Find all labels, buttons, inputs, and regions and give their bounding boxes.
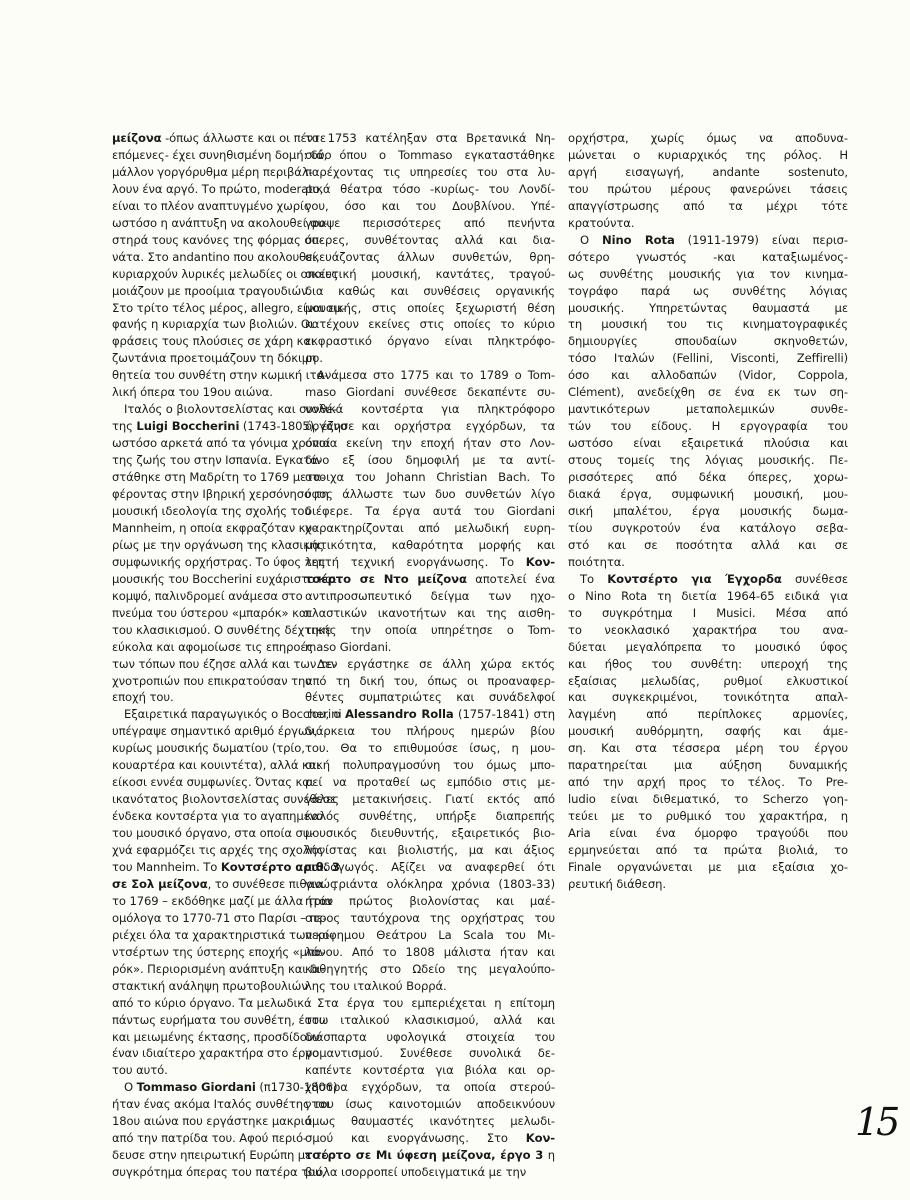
text-line: το 1753 κατέληξαν στα Βρετανικά Νη-: [305, 130, 555, 147]
text-line: σική μπαλέτου, έργα μουσικής δωμα-: [568, 503, 848, 520]
text-line: Ο Nino Rota (1911-1979) είναι περισ-: [568, 232, 848, 249]
text-run: γραψε περισσότερες από πενήντα: [305, 216, 555, 230]
text-line: από την πατρίδα του. Αφού περιό-: [112, 1130, 298, 1147]
bold-text: Nino Rota: [602, 233, 675, 247]
text-run: στηρά τους κανόνες της φόρμας σο-: [112, 233, 323, 247]
text-line: ως συνθέτης μουσικής για τον κινημα-: [568, 266, 848, 283]
text-run: 18ου αιώνα που εργάστηκε μακριά: [112, 1114, 312, 1128]
text-run: ποιότητα.: [568, 555, 625, 569]
text-run: Clément), ανεδείχθη σε ένα εκ των ση-: [568, 385, 848, 399]
text-line: λουν ένα αργό. Το πρώτο, moderato,: [112, 181, 298, 198]
text-run: το συγκρότημα I Musici. Μέσα από: [568, 606, 848, 620]
text-line: λεπτή τεχνική ενοργάνωσης. Το Κον-: [305, 554, 555, 571]
text-run: -όπως άλλωστε και οι πέντε: [161, 131, 326, 145]
text-line: μώνεται ο κυριαρχικός της ρόλος. Η: [568, 147, 848, 164]
text-line: λης του ιταλικού Βορρά.: [305, 978, 555, 995]
text-run: τη μουσική του τις κινηματογραφικές: [568, 317, 848, 331]
text-line: ρομαντισμού. Συνέθεσε συνολικά δε-: [305, 1045, 555, 1062]
text-line: του Mannheim. Το Κοντσέρτο αριθ. 3: [112, 859, 298, 876]
text-line: ικανότατος βιολοντσελίστας συνέθεσε: [112, 791, 298, 808]
text-line: τεύει με το ρυθμικό του χαρακτήρα, η: [568, 808, 848, 825]
paragraph: Ο Nino Rota (1911-1979) είναι περισ-σότε…: [568, 232, 848, 571]
text-line: είκοσι εννέα συμφωνίες. Όντας και: [112, 774, 298, 791]
text-run: ικανότατος βιολοντσελίστας συνέθεσε: [112, 792, 336, 806]
text-run: maso Giordani.: [305, 640, 391, 654]
text-run: στακτική ανάληψη πρωτοβουλιών: [112, 979, 308, 993]
text-line: του αυτό.: [112, 1062, 298, 1079]
text-run: ένδεκα κοντσέρτα για το αγαπημένο: [112, 809, 323, 823]
text-line: διέφερε. Τα έργα αυτά του Giordani: [305, 503, 555, 520]
text-run: συμφωνικής ορχήστρας. Το ύφος της: [112, 555, 326, 569]
text-line: του κλασικισμού. Ο συνθέτης δέχτηκε: [112, 622, 298, 639]
text-line: τσέρτο σε Μι ύφεση μείζονα, έργο 3 η: [305, 1147, 555, 1164]
text-run: του αυτό.: [112, 1063, 168, 1077]
text-line: περίφημου Θεάτρου La Scala του Μι-: [305, 927, 555, 944]
text-line: νολικά κοντσέρτα για πληκτρόφορο: [305, 401, 555, 418]
text-line: Εξαιρετικά παραγωγικός ο Boccherini: [112, 706, 298, 723]
text-run: δύεται μεγαλόπρεπα το μουσικό ύφος: [568, 640, 848, 654]
text-line: σμού και ενοργάνωσης. Στο Κον-: [305, 1130, 555, 1147]
text-run: ομόλογα το 1770-71 στο Παρίσι – πε-: [112, 911, 327, 925]
text-run: ση. Και στα τέσσερα μέρη του έργου: [568, 741, 848, 755]
text-line: όπερες, συνθέτοντας αλλά και δια-: [305, 232, 555, 249]
text-line: στάθηκε στη Μαδρίτη το 1769 μετα-: [112, 469, 298, 486]
text-line: Mannheim, η οποία εκφραζόταν κυ-: [112, 520, 298, 537]
text-run: από το κύριο όργανο. Τα μελωδικά: [112, 996, 312, 1010]
text-run: του μουσικό όργανο, στα οποία συ-: [112, 826, 313, 840]
text-run: (1911-1979) είναι περισ-: [675, 233, 848, 247]
text-run: μώνεται ο κυριαρχικός της ρόλος. Η: [568, 148, 848, 162]
text-run: καπέντε κοντσέρτα για βιόλα και ορ-: [305, 1063, 555, 1077]
text-line: σε Σολ μείζονα, το συνέθεσε πιθανώς: [112, 876, 298, 893]
text-run: νολικά κοντσέρτα για πληκτρόφορο: [305, 402, 555, 416]
text-line: του πρώτου μέρους φανερώνει τάσεις: [568, 181, 848, 198]
text-line: όργανο και ορχήστρα εγχόρδων, τα: [305, 418, 555, 435]
text-run: η: [543, 1148, 555, 1162]
text-line: ρικά θέατρα τόσο -κυρίως- του Λονδί-: [305, 181, 555, 198]
text-line: συμφωνικής ορχήστρας. Το ύφος της: [112, 554, 298, 571]
text-run: του Mannheim. Το: [112, 860, 221, 874]
text-line: κυριαρχούν λυρικές μελωδίες οι οποίες: [112, 266, 298, 283]
text-line: παιδαγωγός. Αξίζει να αναφερθεί ότι: [305, 859, 555, 876]
text-line: κομψό, παλινδρομεί ανάμεσα στο: [112, 588, 298, 605]
text-line: ποιότητα.: [568, 554, 848, 571]
text-line: ρο.: [305, 350, 555, 367]
text-run: λάνου. Από το 1808 μάλιστα ήταν και: [305, 945, 555, 959]
text-run: νται ίσως καινοτομιών αποδεικνύουν: [305, 1097, 555, 1111]
text-line: μάλλον γοργόρυθμα μέρη περιβάλ-: [112, 164, 298, 181]
text-run: φανής η κυριαρχία των βιολιών. Οι: [112, 317, 314, 331]
text-line: μοιάζουν με προοίμια τραγουδιών.: [112, 283, 298, 300]
text-run: ζωντάνια προετοιμάζουν τη δόκιμη: [112, 351, 316, 365]
text-run: λονίστας και βιολιστής, μα και άξιος: [305, 843, 555, 857]
text-line: στακτική ανάληψη πρωτοβουλιών: [112, 978, 298, 995]
text-run: από την αρχή προς το τέλος. Το Pre-: [568, 775, 848, 789]
text-line: στους τομείς της λόγιας μουσικής. Πε-: [568, 452, 848, 469]
text-run: των τόπων που έζησε αλλά και των τε-: [112, 657, 337, 671]
text-run: στάθηκε στη Μαδρίτη το 1769 μετα-: [112, 470, 325, 484]
text-line: αντιπροσωπευτικό δείγμα των ηχο-: [305, 588, 555, 605]
text-line: και συγκεκριμένοι, τονικότητα απαλ-: [568, 689, 848, 706]
text-run: λαγμένη από περίπλοκες αρμονίες,: [568, 707, 848, 721]
bold-text: Luigi Boccherini: [136, 419, 239, 433]
text-line: πλαστικών ικανοτήτων και της αισθη-: [305, 605, 555, 622]
text-line: νάτα. Στο andantino που ακολουθεί,: [112, 249, 298, 266]
text-run: λης του ιταλικού Βορρά.: [305, 979, 447, 993]
text-run: διακά έργα, συμφωνική μουσική, μου-: [568, 487, 848, 501]
text-line: το συγκρότημα I Musici. Μέσα από: [568, 605, 848, 622]
text-run: εκφραστικό όργανο είναι πληκτρόφο-: [305, 334, 555, 348]
text-line: μαντικότερων μεταπολεμικών συνθε-: [568, 401, 848, 418]
text-run: ήταν ένας ακόμα Ιταλός συνθέτης του: [112, 1097, 334, 1111]
text-line: ομόλογα το 1770-71 στο Παρίσι – πε-: [112, 910, 298, 927]
text-line: μουσικής του Boccherini ευχάριστο και: [112, 571, 298, 588]
text-line: ρεί να προταθεί ως εμπόδιο στις με-: [305, 774, 555, 791]
text-line: ερμηνεύεται από τα πρώτα βιολιά, το: [568, 842, 848, 859]
text-line: δευσε στην ηπειρωτική Ευρώπη με το: [112, 1147, 298, 1164]
text-line: Το Κοντσέρτο για Έγχορδα συνέθεσε: [568, 571, 848, 588]
text-line: ωστόσο είναι εξαιρετικά πλούσια και: [568, 435, 848, 452]
paragraph: μείζονα -όπως άλλωστε και οι πέντεεπόμεν…: [112, 130, 298, 401]
text-line: maso Giordani συνέθεσε δεκαπέντε συ-: [305, 384, 555, 401]
text-line: μείζονα -όπως άλλωστε και οι πέντε: [112, 130, 298, 147]
text-run: σκευτική μουσική, καντάτες, τραγού-: [305, 267, 555, 281]
text-line: ντσέρτων της ύστερης εποχής «μπα-: [112, 944, 298, 961]
text-line: Finale οργανώνεται με μια εξαίσια χο-: [568, 859, 848, 876]
text-line: έναν ιδιαίτερο χαρακτήρα στο έργο: [112, 1045, 298, 1062]
text-line: στοιχα του Johann Christian Bach. Το: [305, 469, 555, 486]
text-line: σκευτική μουσική, καντάτες, τραγού-: [305, 266, 555, 283]
text-run: ο Nino Rota τη διετία 1964-65 ειδικά για: [568, 589, 848, 603]
text-line: Ιταλός ο βιολοντσελίστας και συνθέ-: [112, 401, 298, 418]
text-run: της ζωής του στην Ισπανία. Εγκατα-: [112, 453, 322, 467]
text-line: όσο και αλλοδαπών (Vidor, Coppola,: [568, 367, 848, 384]
text-run: όσο και αλλοδαπών (Vidor, Coppola,: [568, 368, 848, 382]
text-run: πάντως ευρήματα του συνθέτη, έστω: [112, 1013, 328, 1027]
text-run: ύφος άλλωστε των δυο συνθετών λίγο: [305, 487, 555, 501]
text-run: μοιάζουν με προοίμια τραγουδιών.: [112, 284, 311, 298]
text-run: Στα έργα του εμπεριέχεται η επίτομη: [317, 996, 555, 1010]
text-line: ήταν ένας ακόμα Ιταλός συνθέτης του: [112, 1096, 298, 1113]
text-run: ήταν πρώτος βιολονίστας και μαέ-: [305, 894, 555, 908]
text-run: ρομαντισμού. Συνέθεσε συνολικά δε-: [305, 1046, 555, 1060]
text-run: μουσικής του Boccherini ευχάριστο και: [112, 572, 337, 586]
text-run: κατέχουν εκείνες στις οποίες το κύριο: [305, 317, 555, 331]
text-line: δημιουργίες σπουδαίων σκηνοθετών,: [568, 333, 848, 350]
text-run: ωστόσο αρκετά από τα γόνιμα χρόνια: [112, 436, 330, 450]
paragraph: Ο Tommaso Giordani (π1730-1806)ήταν ένας…: [112, 1079, 298, 1181]
text-run: υπέγραψε σημαντικό αριθμό έργων,: [112, 724, 317, 738]
text-line: ορχήστρα, χωρίς όμως να αποδυνα-: [568, 130, 848, 147]
text-line: κουαρτέρα και κουιντέτα), αλλά και: [112, 757, 298, 774]
text-run: σότερο γνωστός -και καταξιωμένος-: [568, 250, 848, 264]
text-line: τών του είδους. Η εργογραφία του: [568, 418, 848, 435]
text-line: δίνο εξ ίσου δημοφιλή με τα αντί-: [305, 452, 555, 469]
text-run: τίου συγκροτούν ένα κατάλογο σεβα-: [568, 521, 848, 535]
bold-text: τσέρτο σε Ντο μείζονα: [305, 572, 467, 586]
text-line: μουσική αυθόρμητη, σαφής και άμε-: [568, 723, 848, 740]
text-run: συγκρότημα όπερας του πατέρα του,: [112, 1165, 325, 1179]
text-run: αργή εισαγωγή, andante sostenuto,: [568, 165, 848, 179]
text-line: ήταν πρώτος βιολονίστας και μαέ-: [305, 893, 555, 910]
text-run: σική πολυπραγμοσύνη του όμως μπο-: [305, 758, 555, 772]
text-line: της ζωής του στην Ισπανία. Εγκατα-: [112, 452, 298, 469]
text-line: διακά έργα, συμφωνική μουσική, μου-: [568, 486, 848, 503]
text-run: από την πατρίδα του. Αφού περιό-: [112, 1131, 307, 1145]
text-line: λονίστας και βιολιστής, μα και άξιος: [305, 842, 555, 859]
text-line: του, ο Alessandro Rolla (1757-1841) στη: [305, 706, 555, 723]
text-run: ντσέρτων της ύστερης εποχής «μπα-: [112, 945, 325, 959]
text-column-3: ορχήστρα, χωρίς όμως να αποδυνα-μώνεται …: [568, 130, 848, 893]
text-line: συγκρότημα όπερας του πατέρα του,: [112, 1164, 298, 1181]
text-run: συνέθεσε: [782, 572, 848, 586]
text-line: όμως θαυμαστές ικανότητες μελωδι-: [305, 1113, 555, 1130]
text-line: μουσικής. Υπηρετώντας θαυμαστά με: [568, 300, 848, 317]
text-line: σκευάζοντας άλλων συνθετών, θρη-: [305, 249, 555, 266]
text-line: νται ίσως καινοτομιών αποδεικνύουν: [305, 1096, 555, 1113]
text-line: λαγμένη από περίπλοκες αρμονίες,: [568, 706, 848, 723]
bold-text: μείζονα: [112, 131, 161, 145]
text-line: Δεν εργάστηκε σε άλλη χώρα εκτός: [305, 656, 555, 673]
text-line: διάσπαρτα υφολογικά στοιχεία του: [305, 1029, 555, 1046]
text-run: χνά εφαρμόζει τις αρχές της σχολής: [112, 843, 324, 857]
text-run: παρατηρείται μια αύξηση δυναμικής: [568, 758, 848, 772]
text-run: βιόλα ισορροπεί υποδειγματικά με την: [305, 1165, 526, 1179]
text-run: στους τομείς της λόγιας μουσικής. Πε-: [568, 453, 848, 467]
text-run: αποτελεί ένα: [467, 572, 555, 586]
paragraph: Στα έργα του εμπεριέχεται η επίτομητου ι…: [305, 995, 555, 1181]
text-run: κυρίως μουσικής δωματίου (τρίο,: [112, 741, 305, 755]
text-run: οποία εκείνη την εποχή ήταν στο Λον-: [305, 436, 555, 450]
text-line: τικής την οποία υπηρέτησε ο Tom-: [305, 622, 555, 639]
text-run: λική όπερα του 19ου αιώνα.: [112, 385, 273, 399]
text-line: χνά εφαρμόζει τις αρχές της σχολής: [112, 842, 298, 859]
text-run: σική μπαλέτου, έργα μουσικής δωμα-: [568, 504, 848, 518]
text-run: χαρακτηρίζονται από μελωδική ευρη-: [305, 521, 555, 535]
text-line: φράσεις τους πλούσιες σε χάρη και: [112, 333, 298, 350]
text-line: Clément), ανεδείχθη σε ένα εκ των ση-: [568, 384, 848, 401]
text-line: είναι το πλέον αναπτυγμένο χωρίς: [112, 198, 298, 215]
text-run: μάλλον γοργόρυθμα μέρη περιβάλ-: [112, 165, 313, 179]
text-run: εποχή του.: [112, 690, 174, 704]
text-run: μουσικής, στις οποίες ξεχωριστή θέση: [305, 301, 555, 315]
paragraph: Εξαιρετικά παραγωγικός ο Boccheriniυπέγρ…: [112, 706, 298, 1079]
text-line: ύφος άλλωστε των δυο συνθετών λίγο: [305, 486, 555, 503]
text-run: στοιχα του Johann Christian Bach. Το: [305, 470, 555, 484]
text-line: για τριάντα ολόκληρα χρόνια (1803-33): [305, 876, 555, 893]
text-line: ριέχει όλα τα χαρακτηριστικά των κο-: [112, 927, 298, 944]
text-line: κυρίως μουσικής δωματίου (τρίο,: [112, 740, 298, 757]
text-run: νάτα. Στο andantino που ακολουθεί,: [112, 250, 320, 264]
text-line: επόμενες- έχει συνηθισμένη δομή: δύο: [112, 147, 298, 164]
text-run: ludio είναι διθεματικό, το Scherzo γοη-: [568, 792, 848, 806]
text-run: ρευτική διάθεση.: [568, 877, 666, 891]
text-run: διέφερε. Τα έργα αυτά του Giordani: [305, 504, 555, 518]
text-line: ωστόσο αρκετά από τα γόνιμα χρόνια: [112, 435, 298, 452]
text-run: maso Giordani συνέθεσε δεκαπέντε συ-: [305, 385, 555, 399]
bold-text: Tommaso Giordani: [137, 1080, 256, 1094]
text-run: καθηγητής στο Ωδείο της μεγαλούπο-: [305, 962, 555, 976]
text-line: παρατηρείται μια αύξηση δυναμικής: [568, 757, 848, 774]
text-run: μουσική αυθόρμητη, σαφής και άμε-: [568, 724, 848, 738]
text-run: ρισσότερες από δέκα όπερες, χορω-: [568, 470, 848, 484]
text-run: Finale οργανώνεται με μια εξαίσια χο-: [568, 860, 848, 874]
text-line: τόσο Ιταλών (Fellini, Visconti, Zeffirel…: [568, 350, 848, 367]
text-line: τίου συγκροτούν ένα κατάλογο σεβα-: [568, 520, 848, 537]
text-line: ρευτική διάθεση.: [568, 876, 848, 893]
text-line: χαρακτηρίζονται από μελωδική ευρη-: [305, 520, 555, 537]
text-line: εύκολα και αφομοίωσε τις επηροές: [112, 639, 298, 656]
text-line: 18ου αιώνα που εργάστηκε μακριά: [112, 1113, 298, 1130]
text-line: maso Giordani.: [305, 639, 555, 656]
text-line: του. Θα το επιθυμούσε ίσως, η μου-: [305, 740, 555, 757]
text-line: μουσικός διευθυντής, εξαιρετικός βιο-: [305, 825, 555, 842]
text-run: και συγκεκριμένοι, τονικότητα απαλ-: [568, 690, 848, 704]
bold-text: σε Σολ μείζονα: [112, 877, 208, 891]
text-line: ρισσότερες από δέκα όπερες, χορω-: [568, 469, 848, 486]
text-run: ωστόσο η ανάπτυξη να ακολουθεί αυ-: [112, 216, 328, 230]
text-line: ένδεκα κοντσέρτα για το αγαπημένο: [112, 808, 298, 825]
text-line: τογράφο παρά ως συνθέτης λόγιας: [568, 283, 848, 300]
text-run: τών του είδους. Η εργογραφία του: [568, 419, 848, 433]
text-line: διάρκεια του πλήρους ημερών βίου: [305, 723, 555, 740]
bold-text: Κοντσέρτο για Έγχορδα: [607, 572, 782, 586]
text-line: ωστόσο η ανάπτυξη να ακολουθεί αυ-: [112, 215, 298, 232]
text-run: απαγγίστρωσης από τα μέχρι τότε: [568, 199, 848, 213]
text-line: εκφραστικό όργανο είναι πληκτρόφο-: [305, 333, 555, 350]
text-run: και μειωμένης έκτασης, προσδίδουν: [112, 1030, 320, 1044]
text-line: λική όπερα του 19ου αιώνα.: [112, 384, 298, 401]
text-run: πλαστικών ικανοτήτων και της αισθη-: [305, 606, 555, 620]
text-line: στηρά τους κανόνες της φόρμας σο-: [112, 232, 298, 249]
text-line: το νεοκλασικό χαρακτήρα του ανα-: [568, 622, 848, 639]
text-run: τόσο Ιταλών (Fellini, Visconti, Zeffirel…: [568, 351, 848, 365]
text-run: περίφημου Θεάτρου La Scala του Μι-: [305, 928, 555, 942]
page-number: 15: [855, 1100, 897, 1144]
text-run: δημιουργίες σπουδαίων σκηνοθετών,: [568, 334, 848, 348]
text-run: ωστόσο είναι εξαιρετικά πλούσια και: [568, 436, 848, 450]
text-line: γραψε περισσότερες από πενήντα: [305, 215, 555, 232]
text-line: γάλες μετακινήσεις. Γιατί εκτός από: [305, 791, 555, 808]
text-run: εύκολα και αφομοίωσε τις επηροές: [112, 640, 313, 654]
text-run: σιά, όπου ο Tommaso εγκαταστάθηκε: [305, 148, 555, 162]
text-line: παρέχοντας τις υπηρεσίες του στα λυ-: [305, 164, 555, 181]
text-line: καλός συνθέτης, υπήρξε διαπρεπής: [305, 808, 555, 825]
text-run: δια καθώς και συνθέσεις οργανικής: [305, 284, 555, 298]
bold-text: Κον-: [526, 1131, 555, 1145]
text-run: μουσικός διευθυντής, εξαιρετικός βιο-: [305, 826, 555, 840]
paragraph: Το Κοντσέρτο για Έγχορδα συνέθεσεο Nino …: [568, 571, 848, 893]
text-line: φανής η κυριαρχία των βιολιών. Οι: [112, 316, 298, 333]
text-run: γάλες μετακινήσεις. Γιατί εκτός από: [305, 792, 555, 806]
text-run: Ανάμεσα στο 1775 και το 1789 ο Tom-: [317, 368, 555, 382]
text-run: επόμενες- έχει συνηθισμένη δομή: δύο: [112, 148, 331, 162]
text-line: θέντες συμπατριώτες και συνάδελφοί: [305, 689, 555, 706]
text-run: του κλασικισμού. Ο συνθέτης δέχτηκε: [112, 623, 331, 637]
paragraph: το 1753 κατέληξαν στα Βρετανικά Νη-σιά, …: [305, 130, 555, 367]
text-run: δευσε στην ηπειρωτική Ευρώπη με το: [112, 1148, 329, 1162]
text-line: ο Nino Rota τη διετία 1964-65 ειδικά για: [568, 588, 848, 605]
text-line: το 1769 – εκδόθηκε μαζί με άλλα τρία: [112, 893, 298, 910]
text-run: στό και σε ποσότητα αλλά και σε: [568, 538, 848, 552]
text-run: Aria είναι ένα όμορφο τραγούδι που: [568, 826, 848, 840]
paragraph: ορχήστρα, χωρίς όμως να αποδυνα-μώνεται …: [568, 130, 848, 232]
text-line: σική πολυπραγμοσύνη του όμως μπο-: [305, 757, 555, 774]
text-run: λεπτή τεχνική ενοργάνωσης. Το: [305, 555, 526, 569]
text-run: παιδαγωγός. Αξίζει να αναφερθεί ότι: [305, 860, 555, 874]
text-line: οποία εκείνη την εποχή ήταν στο Λον-: [305, 435, 555, 452]
text-run: όπερες, συνθέτοντας αλλά και δια-: [305, 233, 555, 247]
text-line: καθηγητής στο Ωδείο της μεγαλούπο-: [305, 961, 555, 978]
text-run: χήστρα εγχόρδων, τα οποία στερού-: [305, 1080, 555, 1094]
text-line: ζωντάνια προετοιμάζουν τη δόκιμη: [112, 350, 298, 367]
text-run: διάσπαρτα υφολογικά στοιχεία του: [305, 1030, 555, 1044]
text-line: κατέχουν εκείνες στις οποίες το κύριο: [305, 316, 555, 333]
text-column-1: μείζονα -όπως άλλωστε και οι πέντεεπόμεν…: [112, 130, 298, 1181]
text-line: εξαίσιας μελωδίας, ρυθμοί ελκυστικοί: [568, 673, 848, 690]
text-run: το νεοκλασικό χαρακτήρα του ανα-: [568, 623, 848, 637]
text-run: όμως θαυμαστές ικανότητες μελωδι-: [305, 1114, 555, 1128]
text-line: ρίως με την οργάνωση της κλασικής: [112, 537, 298, 554]
text-run: του, ο: [305, 707, 345, 721]
text-line: αργή εισαγωγή, andante sostenuto,: [568, 164, 848, 181]
text-line: απαγγίστρωσης από τα μέχρι τότε: [568, 198, 848, 215]
text-line: σιά, όπου ο Tommaso εγκαταστάθηκε: [305, 147, 555, 164]
text-line: του μουσικό όργανο, στα οποία συ-: [112, 825, 298, 842]
text-line: ματικότητα, καθαρότητα μορφής και: [305, 537, 555, 554]
text-run: τεύει με το ρυθμικό του χαρακτήρα, η: [568, 809, 848, 823]
magazine-page: μείζονα -όπως άλλωστε και οι πέντεεπόμεν…: [0, 0, 910, 1200]
text-line: Στο τρίτο τέλος μέρος, allegro, είναι εμ…: [112, 300, 298, 317]
paragraph: Ιταλός ο βιολοντσελίστας και συνθέ-της L…: [112, 401, 298, 706]
text-run: σκευάζοντας άλλων συνθετών, θρη-: [305, 250, 555, 264]
text-column-2: το 1753 κατέληξαν στα Βρετανικά Νη-σιά, …: [305, 130, 555, 1181]
text-run: μαντικότερων μεταπολεμικών συνθε-: [568, 402, 848, 416]
text-line: πάντως ευρήματα του συνθέτη, έστω: [112, 1012, 298, 1029]
text-run: αντιπροσωπευτικό δείγμα των ηχο-: [305, 589, 555, 603]
text-run: όργανο και ορχήστρα εγχόρδων, τα: [305, 419, 555, 433]
text-line: Aria είναι ένα όμορφο τραγούδι που: [568, 825, 848, 842]
text-line: Ανάμεσα στο 1775 και το 1789 ο Tom-: [305, 367, 555, 384]
text-line: χνοτροπιών που επικρατούσαν την: [112, 673, 298, 690]
text-run: του ιταλικού κλασικισμού, αλλά και: [305, 1013, 555, 1027]
text-run: ερμηνεύεται από τα πρώτα βιολιά, το: [568, 843, 848, 857]
text-line: μουσική ιδεολογία της σχολής του: [112, 503, 298, 520]
text-run: τικής την οποία υπηρέτησε ο Tom-: [305, 623, 555, 637]
text-line: χήστρα εγχόρδων, τα οποία στερού-: [305, 1079, 555, 1096]
paragraph: Δεν εργάστηκε σε άλλη χώρα εκτόςαπό τη δ…: [305, 656, 555, 995]
text-run: Το: [580, 572, 607, 586]
bold-text: Alessandro Rolla: [345, 707, 454, 721]
text-run: στρος ταυτόχρονα της ορχήστρας του: [305, 911, 555, 925]
text-line: μουσικής, στις οποίες ξεχωριστή θέση: [305, 300, 555, 317]
paragraph: Ανάμεσα στο 1775 και το 1789 ο Tom-maso …: [305, 367, 555, 655]
text-run: μουσικής. Υπηρετώντας θαυμαστά με: [568, 301, 848, 315]
text-line: και ήθος του συνθέτη: υπεροχή της: [568, 656, 848, 673]
text-run: είκοσι εννέα συμφωνίες. Όντας και: [112, 775, 314, 789]
text-run: θέντες συμπατριώτες και συνάδελφοί: [305, 690, 555, 704]
text-run: ως συνθέτης μουσικής για τον κινημα-: [568, 267, 848, 281]
text-run: από τη δική του, όπως οι προαναφερ-: [305, 674, 555, 688]
text-run: κουαρτέρα και κουιντέτα), αλλά και: [112, 758, 320, 772]
text-line: πνεύμα του ύστερου «μπαρόκ» και: [112, 605, 298, 622]
text-run: σμού και ενοργάνωσης. Στο: [305, 1131, 526, 1145]
text-run: κρατούντα.: [568, 216, 634, 230]
text-run: ριέχει όλα τα χαρακτηριστικά των κο-: [112, 928, 333, 942]
text-run: θητεία του συνθέτη στην κωμική ιτα-: [112, 368, 328, 382]
text-run: πνεύμα του ύστερου «μπαρόκ» και: [112, 606, 310, 620]
bold-text: Κον-: [526, 555, 555, 569]
